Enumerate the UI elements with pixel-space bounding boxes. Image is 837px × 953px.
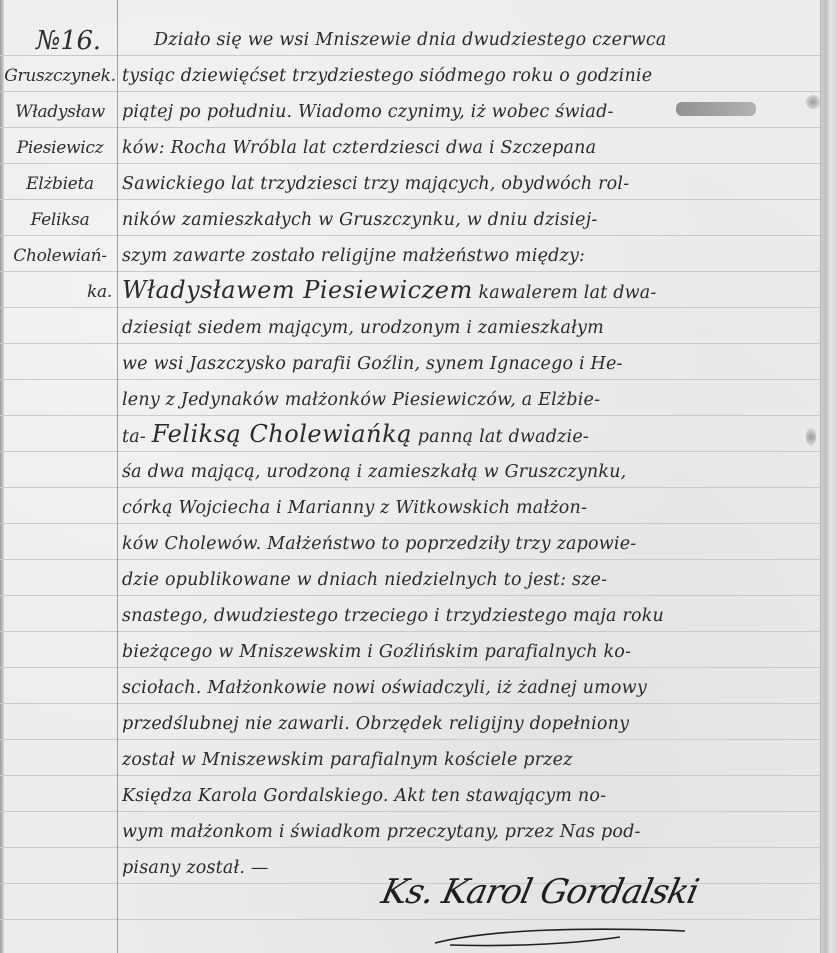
record-number: №16. xyxy=(4,26,116,56)
ruled-line xyxy=(0,739,820,740)
register-page: №16. Gruszczynek. Władysław Piesiewicz E… xyxy=(0,0,837,953)
record-line: przedślubnej nie zawarli. Obrzędek relig… xyxy=(122,714,812,734)
groom-line-rest: kawalerem lat dwa- xyxy=(478,283,656,303)
ruled-line xyxy=(0,91,820,92)
margin-groom-first: Władysław xyxy=(4,102,116,122)
record-line: dzie opublikowane w dniach niedzielnych … xyxy=(122,570,812,590)
record-line: ników zamieszkałych w Gruszczynku, w dni… xyxy=(122,210,812,230)
margin-bride-first: Elżbieta xyxy=(4,174,116,194)
ruled-line xyxy=(0,127,820,128)
page-binding-edge xyxy=(820,0,837,953)
groom-name: Władysławem Piesiewiczem xyxy=(122,276,473,304)
record-line: Księdza Karola Gordalskiego. Akt ten sta… xyxy=(122,786,812,806)
ruled-line xyxy=(0,523,820,524)
ruled-line xyxy=(0,379,820,380)
ruled-line xyxy=(0,271,820,272)
record-line: tysiąc dziewięćset trzydziestego siódmeg… xyxy=(122,66,812,86)
record-line: córką Wojciecha i Marianny z Witkowskich… xyxy=(122,498,812,518)
ruled-line xyxy=(0,775,820,776)
ruled-line xyxy=(0,811,820,812)
ruled-line xyxy=(0,307,820,308)
ruled-line xyxy=(0,667,820,668)
ruled-line xyxy=(0,55,820,56)
ruled-line xyxy=(0,163,820,164)
record-line: leny z Jedynaków małżonków Piesiewiczów,… xyxy=(122,390,812,410)
ruled-line xyxy=(0,415,820,416)
ruled-line xyxy=(0,235,820,236)
margin-bride-second: Feliksa xyxy=(4,210,116,230)
record-line: dziesiąt siedem mającym, urodzonym i zam… xyxy=(122,318,812,338)
record-line: ków Cholewów. Małżeństwo to poprzedziły … xyxy=(122,534,812,554)
record-line: Sawickiego lat trzydziesci trzy mających… xyxy=(122,174,812,194)
ruled-line xyxy=(0,199,820,200)
bride-line: ta- Feliksą Cholewiańką panną lat dwadzi… xyxy=(122,420,812,448)
margin-village: Gruszczynek. xyxy=(4,66,116,86)
ruled-line xyxy=(0,631,820,632)
margin-groom-last: Piesiewicz xyxy=(4,138,116,158)
groom-line: Władysławem Piesiewiczem kawalerem lat d… xyxy=(122,276,812,304)
record-line: ków: Rocha Wróbla lat czterdziesci dwa i… xyxy=(122,138,812,158)
ruled-line xyxy=(0,451,820,452)
record-line: Działo się we wsi Mniszewie dnia dwudzie… xyxy=(122,30,812,50)
record-line: wym małżonkom i świadkom przeczytany, pr… xyxy=(122,822,812,842)
record-line: sciołach. Małżonkowie nowi oświadczyli, … xyxy=(122,678,812,698)
record-line: piątej po południu. Wiadomo czynimy, iż … xyxy=(122,102,812,122)
ruled-line xyxy=(0,343,820,344)
bride-line-prefix: ta- xyxy=(122,427,146,447)
record-line: snastego, dwudziestego trzeciego i trzyd… xyxy=(122,606,812,626)
margin-bride-last: Cholewiań- xyxy=(4,246,116,266)
ruled-line xyxy=(0,487,820,488)
record-line: został w Mniszewskim parafialnym kościel… xyxy=(122,750,812,770)
ruled-line xyxy=(0,703,820,704)
signature-flourish xyxy=(430,925,690,949)
record-line: bieżącego w Mniszewskim i Goźlińskim par… xyxy=(122,642,812,662)
margin-bride-last-cont: ka. xyxy=(4,282,116,302)
record-line: śa dwa mającą, urodzoną i zamieszkałą w … xyxy=(122,462,812,482)
margin-rule xyxy=(117,0,118,953)
ruled-line xyxy=(0,595,820,596)
record-line: szym zawarte zostało religijne małżeństw… xyxy=(122,246,812,266)
ruled-line xyxy=(0,559,820,560)
bride-name: Feliksą Cholewiańką xyxy=(152,420,412,448)
ruled-line xyxy=(0,847,820,848)
record-line: we wsi Jaszczysko parafii Goźlin, synem … xyxy=(122,354,812,374)
bride-line-rest: panną lat dwadzie- xyxy=(418,427,589,447)
